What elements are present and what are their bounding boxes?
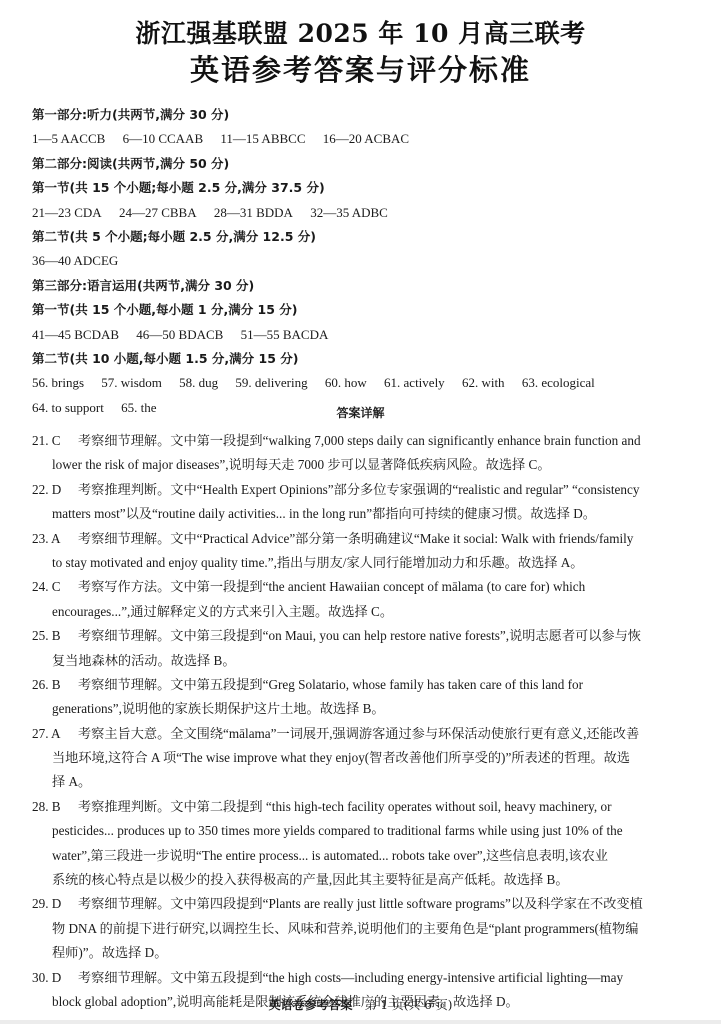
part3-section2-heading: 第二节(共 10 小题,每小题 1.5 分,满分 15 分) xyxy=(32,347,697,371)
question-number: 21. C xyxy=(32,429,78,453)
question-number: 29. D xyxy=(32,892,78,916)
answer-group: 21—23 CDA xyxy=(32,205,102,220)
document-subtitle: 英语参考答案与评分标准 xyxy=(0,48,721,89)
question-number: 30. D xyxy=(32,966,78,990)
details-heading: 答案详解 xyxy=(0,404,721,421)
page-number: 第 1 页(共 6 页) xyxy=(365,998,453,1012)
detail-item-29: 29. D考察细节理解。文中第四段提到“Plants are really ju… xyxy=(32,892,696,916)
part1-heading: 第一部分:听力(共两节,满分 30 分) xyxy=(32,103,697,127)
detail-text: 程师)”。故选择 D。 xyxy=(52,945,167,960)
detail-continuation: to stay motivated and enjoy quality time… xyxy=(32,551,696,575)
detail-item-26: 26. B考察细节理解。文中第五段提到“Greg Solatario, whos… xyxy=(32,673,696,697)
question-number: 28. B xyxy=(32,795,78,819)
fill-answer: 59. delivering xyxy=(235,375,307,390)
detail-text: pesticides... produces up to 350 times m… xyxy=(52,823,623,838)
detail-continuation: pesticides... produces up to 350 times m… xyxy=(32,819,696,843)
exam-title: 浙江强基联盟 2025 年 10 月高三联考 xyxy=(0,14,721,50)
detail-item-24: 24. C考察写作方法。文中第一段提到“the ancient Hawaiian… xyxy=(32,575,696,599)
fill-answer: 57. wisdom xyxy=(101,375,162,390)
detail-text: 系统的核心特点是以极少的投入获得极高的产量,因此其主要特征是高产低耗。故选择 B… xyxy=(52,872,569,887)
part2-section2-heading: 第二节(共 5 个小题;每小题 2.5 分,满分 12.5 分) xyxy=(32,225,697,249)
detail-text: 复当地森林的活动。故选择 B。 xyxy=(52,653,236,668)
detail-continuation: 当地环境,这符合 A 项“The wise improve what they … xyxy=(32,746,696,770)
part2-section1-answers: 21—23 CDA 24—27 CBBA 28—31 BDDA 32—35 AD… xyxy=(32,201,697,225)
detail-text: 考察细节理解。文中第三段提到“on Maui, you can help res… xyxy=(78,628,641,643)
answer-key-page: 浙江强基联盟 2025 年 10 月高三联考 英语参考答案与评分标准 第一部分:… xyxy=(0,0,721,1024)
detail-text: 考察细节理解。文中“Practical Advice”部分第一条明确建议“Mak… xyxy=(78,531,633,546)
footer-label: 英语卷参考答案 xyxy=(269,998,353,1012)
fill-answer: 62. with xyxy=(462,375,505,390)
detail-item-22: 22. D考察推理判断。文中“Health Expert Opinions”部分… xyxy=(32,478,696,502)
answer-group: 16—20 ACBAC xyxy=(323,131,409,146)
part1-answers: 1—5 AACCB 6—10 CCAAB 11—15 ABBCC 16—20 A… xyxy=(32,127,697,151)
answer-group: 51—55 BACDA xyxy=(241,327,329,342)
detail-text: encourages...”,通过解释定义的方式来引入主题。故选择 C。 xyxy=(52,604,393,619)
fill-answer: 60. how xyxy=(325,375,367,390)
answer-details: 21. C考察细节理解。文中第一段提到“walking 7,000 steps … xyxy=(32,429,696,1014)
detail-continuation: lower the risk of major diseases”,说明每天走 … xyxy=(32,453,696,477)
answer-group: 46—50 BDACB xyxy=(136,327,223,342)
part3-section1-answers: 41—45 BCDAB 46—50 BDACB 51—55 BACDA xyxy=(32,323,697,347)
detail-text: generations”,说明他的家族长期保护这片土地。故选择 B。 xyxy=(52,701,385,716)
detail-text: to stay motivated and enjoy quality time… xyxy=(52,555,583,570)
detail-text: 考察推理判断。文中第二段提到 “this high-tech facility … xyxy=(78,799,612,814)
detail-text: 考察细节理解。文中第五段提到“the high costs—including … xyxy=(78,970,623,985)
detail-item-21: 21. C考察细节理解。文中第一段提到“walking 7,000 steps … xyxy=(32,429,696,453)
detail-continuation: generations”,说明他的家族长期保护这片土地。故选择 B。 xyxy=(32,697,696,721)
detail-item-23: 23. A考察细节理解。文中“Practical Advice”部分第一条明确建… xyxy=(32,527,696,551)
detail-continuation: 程师)”。故选择 D。 xyxy=(32,941,696,965)
question-number: 23. A xyxy=(32,527,78,551)
part2-heading: 第二部分:阅读(共两节,满分 50 分) xyxy=(32,152,697,176)
detail-text: lower the risk of major diseases”,说明每天走 … xyxy=(52,457,551,472)
detail-text: 择 A。 xyxy=(52,774,91,789)
fill-answer: 63. ecological xyxy=(522,375,595,390)
detail-text: 当地环境,这符合 A 项“The wise improve what they … xyxy=(52,750,630,765)
detail-text: water”,第三段进一步说明“The entire process... is… xyxy=(52,848,608,863)
detail-text: 考察写作方法。文中第一段提到“the ancient Hawaiian conc… xyxy=(78,579,585,594)
detail-text: 考察细节理解。文中第四段提到“Plants are really just li… xyxy=(78,896,643,911)
fill-answer: 61. actively xyxy=(384,375,445,390)
question-number: 26. B xyxy=(32,673,78,697)
detail-item-30: 30. D考察细节理解。文中第五段提到“the high costs—inclu… xyxy=(32,966,696,990)
question-number: 25. B xyxy=(32,624,78,648)
part3-section2-answers-line1: 56. brings 57. wisdom 58. dug 59. delive… xyxy=(32,371,697,395)
question-number: 22. D xyxy=(32,478,78,502)
question-number: 27. A xyxy=(32,722,78,746)
detail-continuation: 择 A。 xyxy=(32,770,696,794)
detail-item-25: 25. B考察细节理解。文中第三段提到“on Maui, you can hel… xyxy=(32,624,696,648)
detail-continuation: water”,第三段进一步说明“The entire process... is… xyxy=(32,844,696,868)
answer-group: 11—15 ABBCC xyxy=(220,131,305,146)
detail-continuation: matters most”以及“routine daily activities… xyxy=(32,502,696,526)
answer-group: 41—45 BCDAB xyxy=(32,327,119,342)
part2-section2-answers: 36—40 ADCEG xyxy=(32,249,697,273)
answer-group: 28—31 BDDA xyxy=(214,205,293,220)
answer-group: 24—27 CBBA xyxy=(119,205,197,220)
detail-text: matters most”以及“routine daily activities… xyxy=(52,506,596,521)
fill-answer: 58. dug xyxy=(179,375,218,390)
detail-text: 物 DNA 的前提下进行研究,以调控生长、风味和营养,说明他们的主要角色是“pl… xyxy=(52,921,638,936)
page-footer: 英语卷参考答案第 1 页(共 6 页) xyxy=(0,996,721,1013)
answer-group: 6—10 CCAAB xyxy=(123,131,204,146)
part3-heading: 第三部分:语言运用(共两节,满分 30 分) xyxy=(32,274,697,298)
detail-continuation: 物 DNA 的前提下进行研究,以调控生长、风味和营养,说明他们的主要角色是“pl… xyxy=(32,917,696,941)
fill-answer: 56. brings xyxy=(32,375,84,390)
detail-continuation: encourages...”,通过解释定义的方式来引入主题。故选择 C。 xyxy=(32,600,696,624)
detail-text: 考察细节理解。文中第一段提到“walking 7,000 steps daily… xyxy=(78,433,641,448)
detail-continuation: 系统的核心特点是以极少的投入获得极高的产量,因此其主要特征是高产低耗。故选择 B… xyxy=(32,868,696,892)
detail-text: 考察主旨大意。全文围绕“mālama”一词展开,强调游客通过参与环保活动使旅行更… xyxy=(78,726,639,741)
detail-text: 考察推理判断。文中“Health Expert Opinions”部分多位专家强… xyxy=(78,482,639,497)
part2-section1-heading: 第一节(共 15 个小题;每小题 2.5 分,满分 37.5 分) xyxy=(32,176,697,200)
detail-item-28: 28. B考察推理判断。文中第二段提到 “this high-tech faci… xyxy=(32,795,696,819)
detail-text: 考察细节理解。文中第五段提到“Greg Solatario, whose fam… xyxy=(78,677,583,692)
answer-summary: 第一部分:听力(共两节,满分 30 分) 1—5 AACCB 6—10 CCAA… xyxy=(32,103,697,420)
detail-item-27: 27. A考察主旨大意。全文围绕“mālama”一词展开,强调游客通过参与环保活… xyxy=(32,722,696,746)
part3-section1-heading: 第一节(共 15 个小题,每小题 1 分,满分 15 分) xyxy=(32,298,697,322)
answer-group: 1—5 AACCB xyxy=(32,131,105,146)
detail-continuation: 复当地森林的活动。故选择 B。 xyxy=(32,649,696,673)
answer-group: 36—40 ADCEG xyxy=(32,253,118,268)
question-number: 24. C xyxy=(32,575,78,599)
page-bottom-edge xyxy=(0,1020,721,1024)
answer-group: 32—35 ADBC xyxy=(310,205,388,220)
